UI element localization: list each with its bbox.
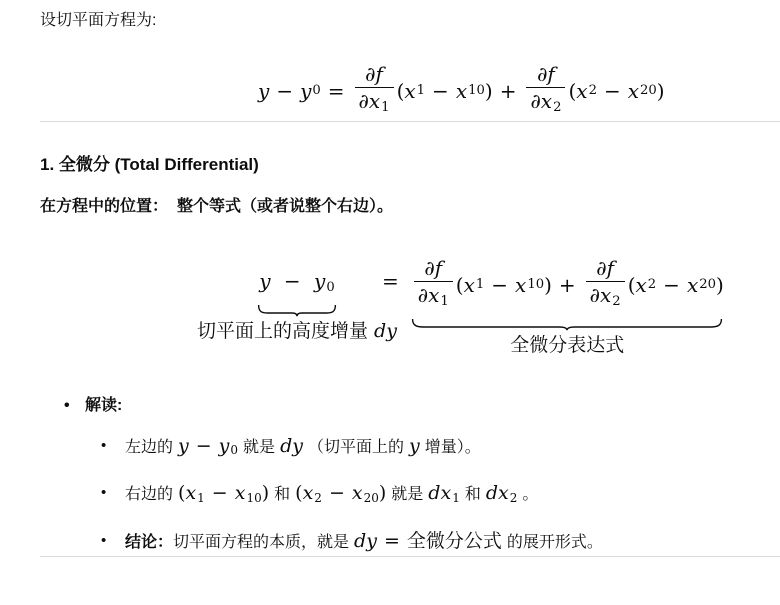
math-var-x1: x [464, 273, 475, 297]
math-x2-group: (x2−x20) [295, 482, 386, 504]
math-sub-20: 20 [699, 277, 716, 292]
math-var-x1: x [185, 482, 196, 504]
math-minus: − [491, 273, 508, 297]
underbrace-left-icon [257, 304, 337, 317]
math-var-dx: dx [428, 482, 451, 504]
item1-text-4: 增量）。 [425, 439, 481, 456]
math-var-x10: x [515, 273, 526, 297]
math-partial-x: ∂x [590, 283, 612, 307]
math-sub-20: 20 [640, 83, 657, 98]
item2-text-2: 和 [274, 486, 290, 503]
lhs-expression: y − y0 [259, 255, 335, 301]
math-sub-10: 10 [468, 83, 485, 98]
math-equals: = [384, 530, 400, 552]
math-sub-1: 1 [381, 100, 389, 115]
list-item-conclusion: • 结论：切平面方程的本质，就是dy=全微分公式的展开形式。 [85, 528, 780, 556]
math-rparen: ) [716, 273, 724, 297]
math-var-y: y [409, 435, 420, 457]
math-var-x20: x [352, 482, 363, 504]
rhs-group: ∂f ∂x1 (x1 − x10) + ∂f ∂x2 (x2 − x20) 全微… [411, 255, 724, 357]
math-sub-2: 2 [314, 491, 322, 505]
math-rparen: ) [379, 482, 386, 504]
math-var-x2: x [303, 482, 314, 504]
math-var-x10: x [235, 482, 246, 504]
bullet-icon: • [101, 528, 106, 554]
math-minus: − [196, 435, 212, 457]
math-partial-f: ∂f [361, 61, 387, 87]
section-divider-bottom [40, 556, 780, 557]
item1-text-3: （切平面上的 [308, 439, 404, 456]
math-lparen: ( [568, 79, 576, 103]
conclusion-label: 结论： [125, 534, 173, 551]
lhs-group: y − y0 切平面上的高度增量dy [257, 255, 337, 343]
math-equals: = [382, 255, 399, 294]
section-divider-top [40, 121, 780, 122]
math-var-dx: dx [486, 482, 509, 504]
equation-1-row: y − y0 = ∂f ∂x1 (x1 − x10) + ∂f ∂x2 (x2 … [258, 61, 665, 121]
math-partial-x: ∂x [418, 283, 440, 307]
math-sub-2: 2 [553, 100, 561, 115]
math-sub-10: 10 [246, 491, 261, 505]
interpretation-list: • 解读: • 左边的y−y0就是dy（切平面上的y增量）。 • 右边的(x1−… [40, 394, 780, 556]
underbrace-label-left: 切平面上的高度增量dy [197, 319, 397, 343]
math-var-x10: x [456, 79, 467, 103]
math-var-x20: x [687, 273, 698, 297]
bullet-icon: • [101, 433, 106, 459]
math-sub-0: 0 [230, 443, 238, 457]
math-minus: − [212, 482, 228, 504]
math-partial-x2: ∂x2 [526, 87, 565, 121]
intro-text: 设切平面方程为: [40, 9, 780, 33]
math-lparen: ( [456, 273, 464, 297]
interpretation-sublist: • 左边的y−y0就是dy（切平面上的y增量）。 • 右边的(x1−x10)和(… [85, 433, 780, 556]
math-var-y: y [258, 79, 269, 103]
list-item-interpretation: • 解读: • 左边的y−y0就是dy（切平面上的y增量）。 • 右边的(x1−… [40, 394, 780, 556]
fraction-df-dx2: ∂f ∂x2 [526, 61, 565, 121]
math-dx1: dx1 [428, 482, 460, 504]
math-minus: − [276, 79, 293, 103]
math-partial-x2: ∂x2 [586, 281, 625, 315]
equation-annotated: y − y0 切平面上的高度增量dy = ∂f ∂x1 (x1 − x10) + [257, 255, 724, 357]
fraction-df-dx1: ∂f ∂x1 [355, 61, 394, 121]
math-sub-1: 1 [476, 277, 484, 292]
math-var-y: y [178, 435, 189, 457]
item2-text-5: 。 [522, 486, 538, 503]
position-line: 在方程中的位置：整个等式（或者说整个右边）。 [40, 195, 780, 219]
underbrace-label-left-text: 切平面上的高度增量 [197, 320, 368, 342]
math-minus: − [284, 269, 301, 293]
math-sub-2: 2 [612, 294, 620, 309]
math-dy: dy [280, 435, 303, 457]
math-var-x2: x [576, 79, 587, 103]
math-minus: − [432, 79, 449, 103]
math-partial-x: ∂x [359, 89, 381, 113]
math-minus: − [604, 79, 621, 103]
math-var-x2: x [636, 273, 647, 297]
math-dy: dy [374, 320, 397, 342]
math-partial-f: ∂f [420, 255, 446, 281]
math-plus: + [559, 273, 576, 297]
math-rparen: ) [657, 79, 665, 103]
math-sub-1: 1 [440, 294, 448, 309]
item2-text-3: 就是 [391, 486, 423, 503]
equation-tangent-plane: y − y0 = ∂f ∂x1 (x1 − x10) + ∂f ∂x2 (x2 … [258, 61, 665, 121]
document-body: 设切平面方程为: y − y0 = ∂f ∂x1 (x1 − x10) + ∂f… [0, 9, 780, 557]
math-sub-1: 1 [197, 491, 205, 505]
math-var-y: y [259, 269, 270, 293]
math-rparen: ) [544, 273, 552, 297]
section-heading: 1. 全微分 (Total Differential) [40, 152, 780, 178]
math-sub-1: 1 [452, 491, 460, 505]
interpretation-label: 解读: [85, 397, 122, 414]
math-var-x20: x [628, 79, 639, 103]
math-formula-text: 全微分公式 [407, 530, 502, 552]
item2-text-4: 和 [465, 486, 481, 503]
math-var-y0: y [314, 269, 325, 293]
rhs-expression: ∂f ∂x1 (x1 − x10) + ∂f ∂x2 (x2 − x20) [411, 255, 724, 315]
math-sub-2: 2 [648, 277, 656, 292]
underbrace-label-right: 全微分表达式 [510, 333, 624, 357]
bullet-icon: • [64, 394, 70, 418]
math-dy: dy [354, 530, 377, 552]
math-partial-f: ∂f [533, 61, 559, 87]
item2-text-1: 右边的 [125, 486, 173, 503]
math-equals: = [328, 79, 345, 103]
underbrace-right-icon [411, 318, 723, 331]
position-label: 在方程中的位置： [40, 198, 168, 215]
math-minus: − [329, 482, 345, 504]
math-x1-group: (x1−x10) [178, 482, 269, 504]
math-dx2: dx2 [486, 482, 518, 504]
math-rparen: ) [262, 482, 269, 504]
math-partial-x: ∂x [530, 89, 552, 113]
math-sub-10: 10 [527, 277, 544, 292]
math-sub-0: 0 [312, 83, 320, 98]
math-y-minus-y0: y−y0 [178, 435, 238, 457]
item1-text-2: 就是 [243, 439, 275, 456]
math-lparen: ( [397, 79, 405, 103]
item3-text-1: 切平面方程的本质，就是 [173, 534, 349, 551]
position-text: 整个等式（或者说整个右边）。 [177, 198, 393, 215]
math-var-y0: y [300, 79, 311, 103]
math-var-y0: y [219, 435, 230, 457]
math-sub-20: 20 [364, 491, 379, 505]
item1-text-1: 左边的 [125, 439, 173, 456]
math-sub-1: 1 [417, 83, 425, 98]
math-rparen: ) [485, 79, 493, 103]
math-lparen: ( [628, 273, 636, 297]
math-lparen: ( [295, 482, 302, 504]
list-item-right-side: • 右边的(x1−x10)和(x2−x20)就是dx1和dx2。 [85, 480, 780, 511]
math-partial-f: ∂f [592, 255, 618, 281]
item3-text-2: 的展开形式。 [507, 534, 603, 551]
math-sub-2: 2 [510, 491, 518, 505]
math-sub-2: 2 [589, 83, 597, 98]
math-dy-equals-formula: dy=全微分公式 [354, 530, 502, 552]
math-partial-x1: ∂x1 [414, 281, 453, 315]
math-plus: + [500, 79, 517, 103]
bullet-icon: • [101, 480, 106, 506]
math-sub-0: 0 [326, 280, 334, 295]
math-minus: − [663, 273, 680, 297]
math-var-x1: x [404, 79, 415, 103]
fraction-df-dx1: ∂f ∂x1 [414, 255, 453, 315]
fraction-df-dx2: ∂f ∂x2 [586, 255, 625, 315]
list-item-left-side: • 左边的y−y0就是dy（切平面上的y增量）。 [85, 433, 780, 464]
math-partial-x1: ∂x1 [355, 87, 394, 121]
